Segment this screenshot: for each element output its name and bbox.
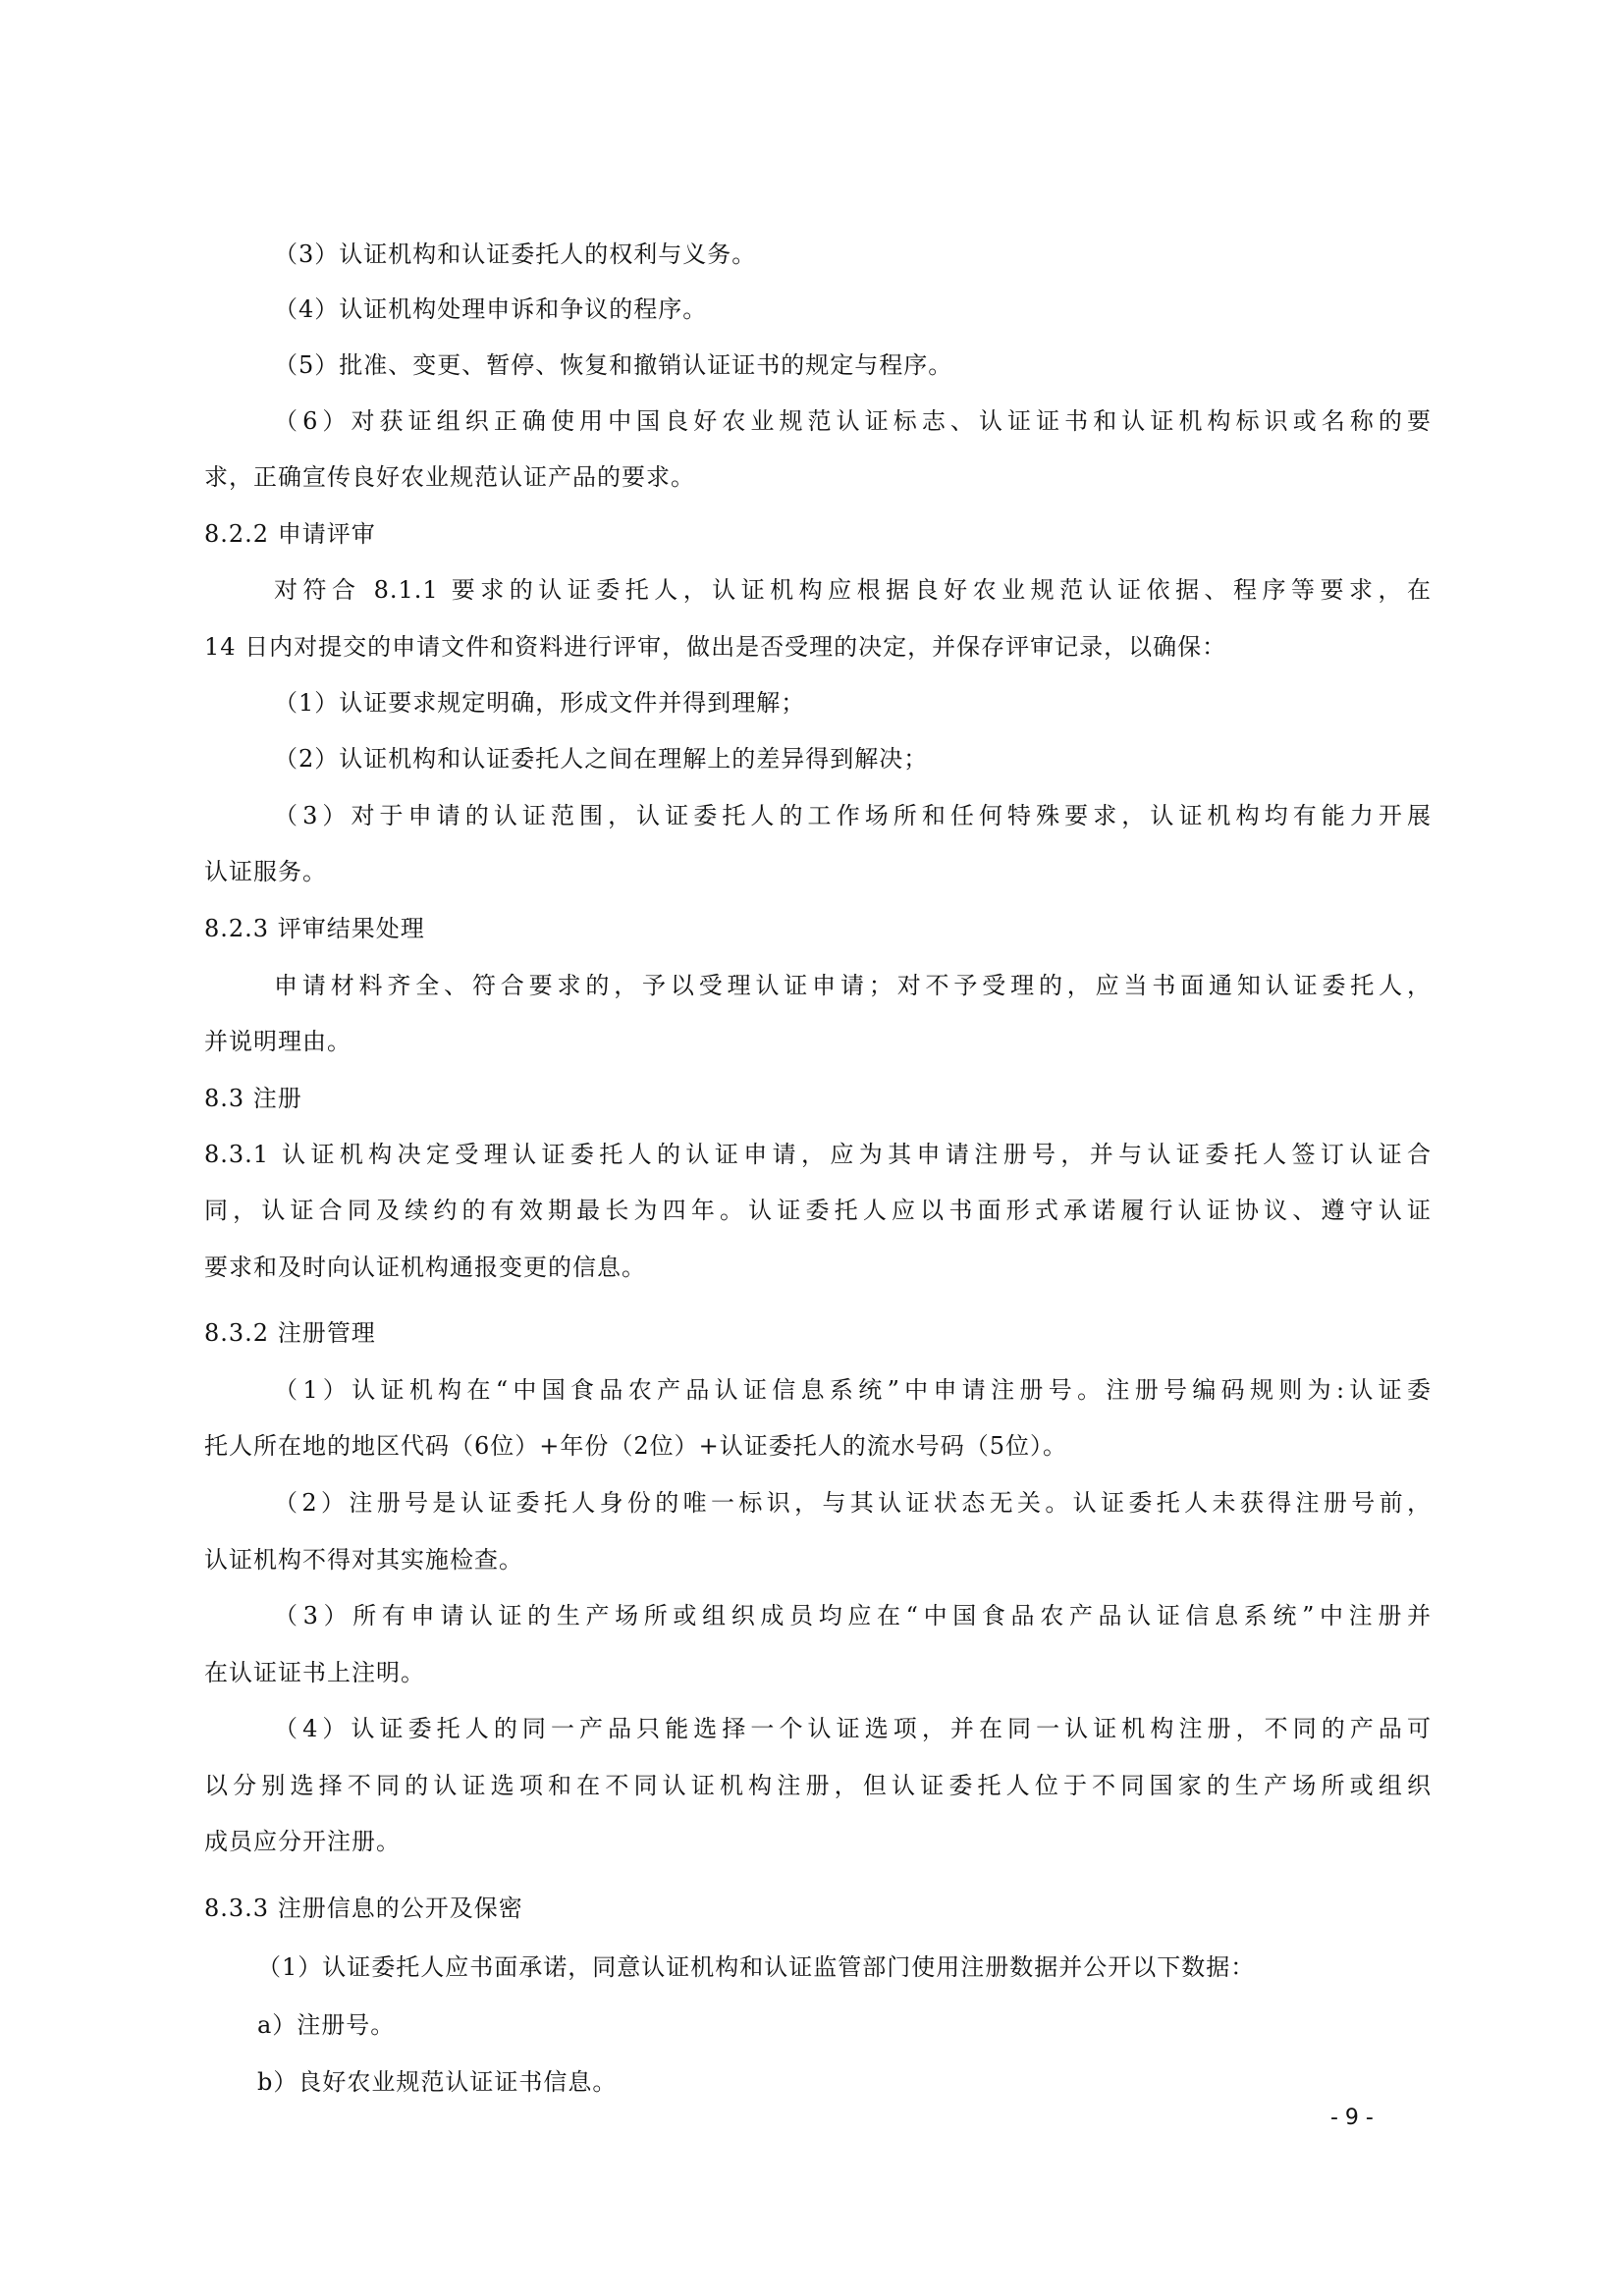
page-number: - 9 - bbox=[1330, 2106, 1374, 2130]
section-heading: 8.3 注册 bbox=[204, 1084, 302, 1113]
text-line: （3）认证机构和认证委托人的权利与义务。 bbox=[274, 240, 756, 269]
text-line: 8.3.1 认证机构决定受理认证委托人的认证申请，应为其申请注册号，并与认证委托… bbox=[204, 1140, 1432, 1169]
text-line: （3）所有申请认证的生产场所或组织成员均应在“中国食品农产品认证信息系统”中注册… bbox=[274, 1601, 1432, 1630]
text-line: 托人所在地的地区代码（6位）+年份（2位）+认证委托人的流水号码（5位）。 bbox=[204, 1431, 1067, 1461]
text-line: （4）认证机构处理申诉和争议的程序。 bbox=[274, 294, 707, 324]
text-line: 求，正确宣传良好农业规范认证产品的要求。 bbox=[204, 462, 695, 492]
section-heading: 8.3.3 注册信息的公开及保密 bbox=[204, 1894, 523, 1923]
text-line: （2）认证机构和认证委托人之间在理解上的差异得到解决； bbox=[274, 744, 928, 774]
section-heading: 8.2.3 评审结果处理 bbox=[204, 914, 425, 943]
text-line: 在认证证书上注明。 bbox=[204, 1658, 425, 1687]
section-heading: 8.3.2 注册管理 bbox=[204, 1318, 376, 1348]
text-line: 申请材料齐全、符合要求的，予以受理认证申请；对不予受理的，应当书面通知认证委托人… bbox=[274, 971, 1432, 1000]
text-line: 同，认证合同及续约的有效期最长为四年。认证委托人应以书面形式承诺履行认证协议、遵… bbox=[204, 1196, 1432, 1225]
text-line: 对符合 8.1.1 要求的认证委托人，认证机构应根据良好农业规范认证依据、程序等… bbox=[274, 575, 1432, 605]
text-line: 认证机构不得对其实施检查。 bbox=[204, 1545, 523, 1575]
document-page: （3）认证机构和认证委托人的权利与义务。（4）认证机构处理申诉和争议的程序。（5… bbox=[0, 0, 1624, 2296]
text-line: 14 日内对提交的申请文件和资料进行评审，做出是否受理的决定，并保存评审记录，以… bbox=[204, 632, 1226, 662]
text-line: 成员应分开注册。 bbox=[204, 1827, 401, 1856]
text-line: （5）批准、变更、暂停、恢复和撤销认证证书的规定与程序。 bbox=[274, 350, 952, 380]
text-line: a）注册号。 bbox=[257, 2010, 395, 2040]
section-heading: 8.2.2 申请评审 bbox=[204, 519, 376, 549]
text-line: （2）注册号是认证委托人身份的唯一标识，与其认证状态无关。认证委托人未获得注册号… bbox=[274, 1488, 1432, 1518]
text-line: （1）认证要求规定明确，形成文件并得到理解； bbox=[274, 688, 805, 718]
text-line: （6）对获证组织正确使用中国良好农业规范认证标志、认证证书和认证机构标识或名称的… bbox=[274, 406, 1432, 436]
text-line: 认证服务。 bbox=[204, 857, 327, 886]
text-line: 要求和及时向认证机构通报变更的信息。 bbox=[204, 1253, 646, 1282]
text-line: （3）对于申请的认证范围，认证委托人的工作场所和任何特殊要求，认证机构均有能力开… bbox=[274, 801, 1432, 830]
text-line: b）良好农业规范认证证书信息。 bbox=[257, 2067, 617, 2097]
text-line: 以分别选择不同的认证选项和在不同认证机构注册，但认证委托人位于不同国家的生产场所… bbox=[204, 1771, 1432, 1800]
text-line: （4）认证委托人的同一产品只能选择一个认证选项，并在同一认证机构注册，不同的产品… bbox=[274, 1714, 1432, 1743]
text-line: 并说明理由。 bbox=[204, 1027, 352, 1056]
text-line: （1）认证委托人应书面承诺，同意认证机构和认证监管部门使用注册数据并公开以下数据… bbox=[257, 1952, 1255, 1982]
text-line: （1）认证机构在“中国食品农产品认证信息系统”中申请注册号。注册号编码规则为:认… bbox=[274, 1375, 1432, 1405]
